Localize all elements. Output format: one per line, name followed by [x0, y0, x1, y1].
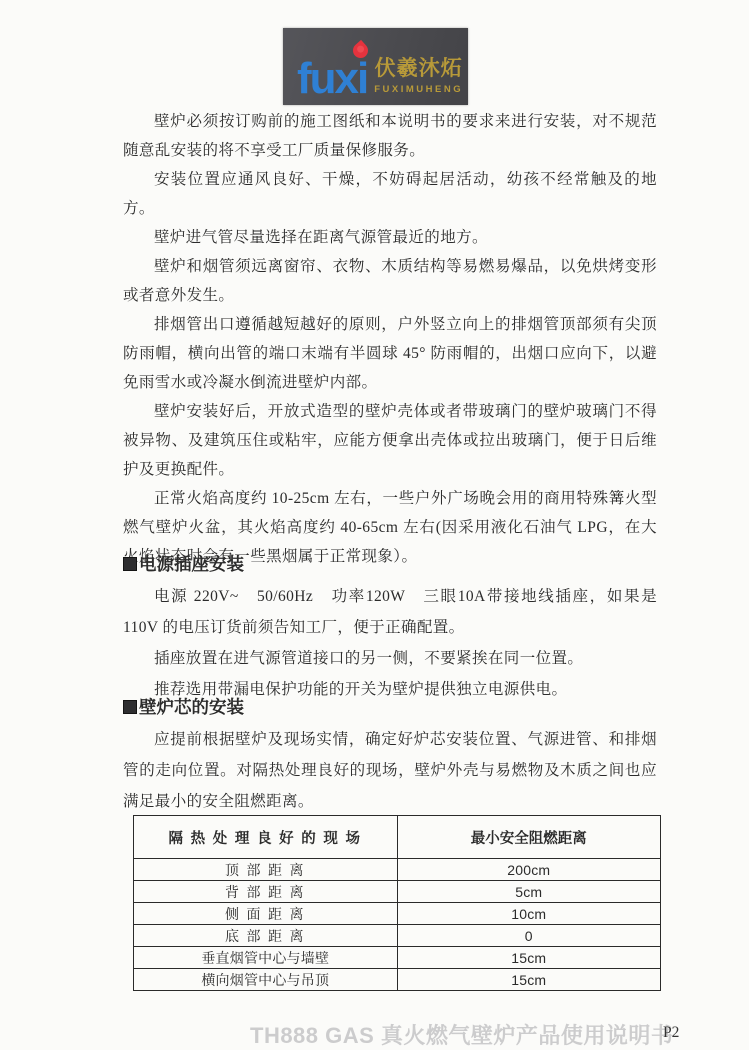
table-cell-value: 10cm [397, 903, 661, 925]
brand-name-block: 伏羲沐炻 FUXIMUHENG [374, 52, 463, 96]
brand-wordmark: fuxi [297, 62, 367, 96]
paragraph: 安装位置应通风良好、干燥，不妨碍起居活动，幼孩不经常触及的地方。 [123, 165, 657, 223]
section-heading: 壁炉芯的安装 [123, 694, 657, 719]
paragraph: 插座放置在进气源管道接口的另一侧，不要紧挨在同一位置。 [123, 643, 657, 674]
table-cell-label: 垂直烟管中心与墙壁 [134, 947, 398, 969]
table-row: 背 部 距 离 5cm [134, 881, 661, 903]
table-row: 侧 面 距 离 10cm [134, 903, 661, 925]
table-cell-label: 顶 部 距 离 [134, 859, 398, 881]
brand-logo: fuxi 伏羲沐炻 FUXIMUHENG [283, 28, 468, 105]
footer-watermark: TH888 GAS 真火燃气壁炉产品使用说明书 [250, 1019, 673, 1050]
table-row: 横向烟管中心与吊顶 15cm [134, 969, 661, 991]
manual-page: fuxi 伏羲沐炻 FUXIMUHENG 壁炉必须按订购前的施工图纸和本说明书的… [0, 0, 749, 1050]
page-number: P2 [663, 1024, 679, 1042]
section-title: 电源插座安装 [139, 551, 244, 576]
brand-name-chinese: 伏羲沐炻 [375, 52, 463, 82]
paragraph: 壁炉必须按订购前的施工图纸和本说明书的要求来进行安装，对不规范随意乱安装的将不享… [123, 107, 657, 165]
section-title: 壁炉芯的安装 [139, 694, 244, 719]
table-cell-label: 背 部 距 离 [134, 881, 398, 903]
brand-name-latin: fuxi [297, 54, 367, 103]
safety-clearance-table: 隔 热 处 理 良 好 的 现 场 最小安全阻燃距离 顶 部 距 离 200cm… [133, 815, 661, 991]
table-row: 垂直烟管中心与墙壁 15cm [134, 947, 661, 969]
section-fireplace-core: 壁炉芯的安装 应提前根据壁炉及现场实情，确定好炉芯安装位置、气源进管、和排烟管的… [123, 694, 657, 817]
intro-paragraphs: 壁炉必须按订购前的施工图纸和本说明书的要求来进行安装，对不规范随意乱安装的将不享… [123, 107, 657, 571]
section-power-socket: 电源插座安装 电源 220V~ 50/60Hz 功率120W 三眼10A带接地线… [123, 551, 657, 705]
brand-name-caps: FUXIMUHENG [374, 84, 463, 95]
paragraph: 电源 220V~ 50/60Hz 功率120W 三眼10A带接地线插座，如果是 … [123, 581, 657, 643]
section-square-icon [123, 700, 137, 714]
table-cell-value: 15cm [397, 969, 661, 991]
table-cell-value: 5cm [397, 881, 661, 903]
table-cell-value: 0 [397, 925, 661, 947]
table-header-row: 隔 热 处 理 良 好 的 现 场 最小安全阻燃距离 [134, 816, 661, 859]
section-square-icon [123, 557, 137, 571]
table-header-scene: 隔 热 处 理 良 好 的 现 场 [134, 816, 398, 859]
paragraph: 壁炉安装好后，开放式造型的壁炉壳体或者带玻璃门的壁炉玻璃门不得被异物、及建筑压住… [123, 397, 657, 484]
table-row: 底 部 距 离 0 [134, 925, 661, 947]
table-cell-value: 15cm [397, 947, 661, 969]
table-cell-label: 侧 面 距 离 [134, 903, 398, 925]
table-row: 顶 部 距 离 200cm [134, 859, 661, 881]
table-cell-value: 200cm [397, 859, 661, 881]
paragraph: 排烟管出口遵循越短越好的原则，户外竖立向上的排烟管顶部须有尖顶防雨帽，横向出管的… [123, 310, 657, 397]
paragraph: 壁炉进气管尽量选择在距离气源管最近的地方。 [123, 223, 657, 252]
table-cell-label: 底 部 距 离 [134, 925, 398, 947]
paragraph: 应提前根据壁炉及现场实情，确定好炉芯安装位置、气源进管、和排烟管的走向位置。对隔… [123, 724, 657, 817]
table-cell-label: 横向烟管中心与吊顶 [134, 969, 398, 991]
section-heading: 电源插座安装 [123, 551, 657, 576]
table-header-distance: 最小安全阻燃距离 [397, 816, 661, 859]
paragraph: 壁炉和烟管须远离窗帘、衣物、木质结构等易燃易爆品，以免烘烤变形或者意外发生。 [123, 252, 657, 310]
